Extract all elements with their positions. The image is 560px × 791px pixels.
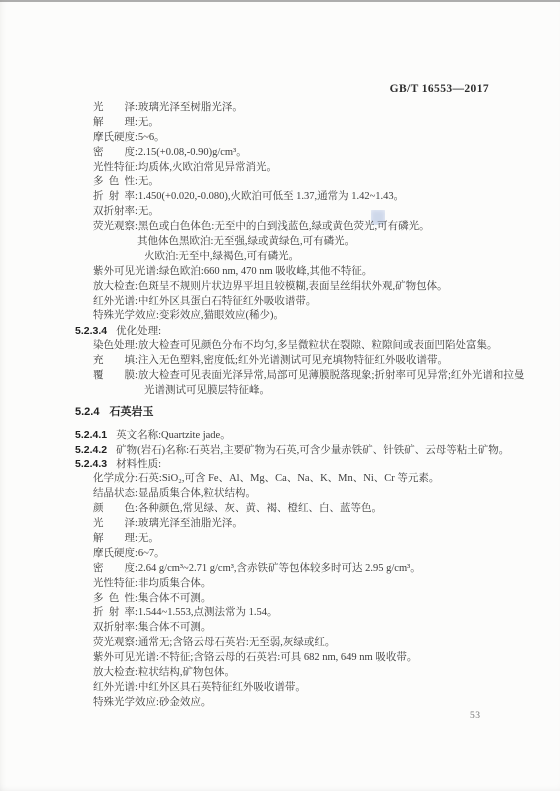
property-line: 密度:2.15(+0.08,-0.90)g/cm³。 [0,146,560,161]
property-text: :无。 [135,117,159,128]
property-line: 结晶状态:显晶质集合体,粒状结构。 [0,487,560,502]
document-body: 光泽:玻璃光泽至树脂光泽。解理:无。摩氏硬度:5~6。密度:2.15(+0.08… [0,101,560,711]
property-line: 光泽:玻璃光泽至树脂光泽。 [0,101,560,116]
property-text: :不特征;含铬云母的石英岩:可具 682 nm, 649 nm 吸收带。 [156,652,417,663]
property-line: 放大检查:色斑呈不规则片状边界平坦且较模糊,表面呈丝绢状外观,矿物包体。 [0,280,560,295]
property-label: 光泽 [93,101,135,116]
property-text: :1.450(+0.020,-0.080),火欧泊可低至 1.37,通常为 1.… [135,191,404,202]
property-text: :通常无;含铬云母石英岩:无至弱,灰绿或红。 [135,637,335,648]
property-text: :无。 [135,176,159,187]
property-text: :中红外区具蛋白石特征红外吸收谱带。 [135,296,316,307]
property-label: 化学成分 [93,472,135,487]
continuation-line: 其他体色黑欧泊:无至强,绿或黄绿色,可有磷光。 [0,235,560,250]
property-text: :注入无色塑料,密度低;红外光谱测试可见充填物特征红外吸收谱带。 [135,355,448,366]
property-label: 覆膜 [93,369,135,384]
continuation-line: 光谱测试可见膜层特征峰。 [0,384,560,399]
property-text: :2.64 g/cm³~2.71 g/cm³,含赤铁矿等包体较多时可达 2.95… [135,563,421,574]
property-label: 多色性 [93,175,135,190]
property-text: :砂金效应。 [156,697,211,708]
property-label: 折射率 [93,190,135,205]
property-label: 密度 [93,562,135,577]
property-label: 光泽 [93,517,135,532]
property-line: 解理:无。 [0,116,560,131]
property-text: :2.15(+0.08,-0.90)g/cm³。 [135,147,247,158]
clause-number: 5.2.4 [75,406,99,418]
property-line: 覆膜:放大检查可见表面光泽异常,局部可见薄膜脱落现象;折射率可见异常;红外光谱和… [0,369,560,384]
clause-line: 5.2.4.1英文名称:Quartzite jade。 [0,428,560,443]
clause-number: 5.2.4.3 [75,458,107,470]
property-line: 充填:注入无色塑料,密度低;红外光谱测试可见充填物特征红外吸收谱带。 [0,354,560,369]
property-line: 红外光谱:中红外区具石英特征红外吸收谱带。 [0,681,560,696]
section-heading: 5.2.4石英岩玉 [0,405,560,420]
page-number: 53 [470,711,481,721]
property-text: :6~7。 [135,548,165,559]
clause-line: 5.2.4.2矿物(岩石)名称:石英岩,主要矿物为石英,可含少量赤铁矿、针铁矿、… [0,443,560,458]
property-text: 光谱测试可见膜层特征峰。 [144,385,270,396]
property-line: 光泽:玻璃光泽至油脂光泽。 [0,517,560,532]
property-line: 解理:无。 [0,532,560,547]
property-label: 红外光谱 [93,681,135,696]
property-text: :无。 [135,533,159,544]
property-label: 紫外可见光谱 [93,652,156,663]
property-label: 解理 [93,116,135,131]
clause-line: 5.2.4.3材料性质: [0,457,560,472]
property-line: 双折射率:无。 [0,205,560,220]
property-text: :放大检查可见颜色分布不均匀,多呈微粒状在裂隙、粒隙间或表面凹陷处富集。 [135,340,498,351]
property-line: 光性特征:均质体,火欧泊常见异常消光。 [0,161,560,176]
property-line: 紫外可见光谱:不特征;含铬云母的石英岩:可具 682 nm, 649 nm 吸收… [0,651,560,666]
property-text: 优化处理: [116,326,161,337]
property-label: 光性特征 [93,577,135,592]
property-label: 染色处理 [93,339,135,354]
property-text: :玻璃光泽至油脂光泽。 [135,518,243,529]
property-text: :绿色欧泊:660 nm, 470 nm 吸收峰,其他不特征。 [156,266,372,277]
scanned-standard-page: GB/T 16553—2017 光泽:玻璃光泽至树脂光泽。解理:无。摩氏硬度:5… [0,0,560,791]
property-text: 材料性质: [116,459,161,470]
property-line: 荧光观察:黑色或白色体色:无至中的白到浅蓝色,绿或黄色荧光,可有磷光。 [0,220,560,235]
property-line: 多色性:集合体不可测。 [0,592,560,607]
clause-number: 5.2.3.4 [75,325,107,337]
property-label: 解理 [93,532,135,547]
property-text: :玻璃光泽至树脂光泽。 [135,102,243,113]
property-text: 其他体色黑欧泊:无至强,绿或黄绿色,可有磷光。 [137,236,355,247]
standard-number-header: GB/T 16553—2017 [390,83,489,95]
property-text: :集合体不可测。 [135,622,211,633]
property-text: :集合体不可测。 [135,593,211,604]
property-label: 放大检查 [93,666,135,681]
property-line: 化学成分:石英:SiO₂,可含 Fe、Al、Mg、Ca、Na、K、Mn、Ni、C… [0,472,560,487]
property-line: 特殊光学效应:变彩效应,猫眼效应(稀少)。 [0,309,560,324]
property-text: :变彩效应,猫眼效应(稀少)。 [156,310,284,321]
property-line: 染色处理:放大检查可见颜色分布不均匀,多呈微粒状在裂隙、粒隙间或表面凹陷处富集。 [0,339,560,354]
property-text: :均质体,火欧泊常见异常消光。 [135,162,277,173]
section-title: 石英岩玉 [109,406,153,418]
property-text: :非均质集合体。 [135,578,211,589]
property-text: :1.544~1.553,点测法常为 1.54。 [135,607,277,618]
property-label: 特殊光学效应 [93,310,156,321]
property-label: 放大检查 [93,280,135,295]
clause-number: 5.2.4.2 [75,444,107,456]
property-line: 折射率:1.450(+0.020,-0.080),火欧泊可低至 1.37,通常为… [0,190,560,205]
property-text: :黑色或白色体色:无至中的白到浅蓝色,绿或黄色荧光,可有磷光。 [135,221,430,232]
property-label: 多色性 [93,592,135,607]
property-text: :无。 [135,206,159,217]
property-text: :放大检查可见表面光泽异常,局部可见薄膜脱落现象;折射率可见异常;红外光谱和拉曼 [135,370,524,381]
property-label: 光性特征 [93,161,135,176]
property-text: :各种颜色,常见绿、灰、黄、褐、橙红、白、蓝等色。 [135,503,382,514]
clause-number: 5.2.4.1 [75,429,107,441]
property-label: 折射率 [93,606,135,621]
property-line: 双折射率:集合体不可测。 [0,621,560,636]
property-label: 红外光谱 [93,295,135,310]
property-label: 紫外可见光谱 [93,266,156,277]
clause-line: 5.2.3.4优化处理: [0,324,560,339]
property-text: 矿物(岩石)名称:石英岩,主要矿物为石英,可含少量赤铁矿、针铁矿、云母等粘土矿物… [116,445,509,456]
property-label: 摩氏硬度 [93,131,135,146]
property-text: :中红外区具石英特征红外吸收谱带。 [135,682,306,693]
property-line: 折射率:1.544~1.553,点测法常为 1.54。 [0,606,560,621]
property-label: 荧光观察 [93,636,135,651]
property-text: :石英:SiO₂,可含 Fe、Al、Mg、Ca、Na、K、Mn、Ni、Cr 等元… [135,473,439,484]
property-text: :色斑呈不规则片状边界平坦且较模糊,表面呈丝绢状外观,矿物包体。 [135,281,448,292]
property-label: 摩氏硬度 [93,547,135,562]
property-text: 英文名称:Quartzite jade。 [116,430,231,441]
property-line: 特殊光学效应:砂金效应。 [0,696,560,711]
property-line: 颜色:各种颜色,常见绿、灰、黄、褐、橙红、白、蓝等色。 [0,502,560,517]
property-line: 荧光观察:通常无;含铬云母石英岩:无至弱,灰绿或红。 [0,636,560,651]
property-label: 双折射率 [93,621,135,636]
property-text: :粒状结构,矿物包体。 [135,667,235,678]
property-label: 密度 [93,146,135,161]
property-label: 特殊光学效应 [93,697,156,708]
property-line: 摩氏硬度:6~7。 [0,547,560,562]
property-line: 摩氏硬度:5~6。 [0,131,560,146]
property-line: 紫外可见光谱:绿色欧泊:660 nm, 470 nm 吸收峰,其他不特征。 [0,265,560,280]
property-text: :5~6。 [135,132,165,143]
scan-edge-line [0,0,560,2]
property-text: :显晶质集合体,粒状结构。 [135,488,256,499]
continuation-line: 火欧泊:无至中,绿褐色,可有磷光。 [0,250,560,265]
property-line: 光性特征:非均质集合体。 [0,577,560,592]
property-line: 多色性:无。 [0,175,560,190]
property-label: 双折射率 [93,205,135,220]
property-text: 火欧泊:无至中,绿褐色,可有磷光。 [144,251,299,262]
property-label: 颜色 [93,502,135,517]
property-line: 红外光谱:中红外区具蛋白石特征红外吸收谱带。 [0,295,560,310]
property-label: 荧光观察 [93,220,135,235]
property-line: 放大检查:粒状结构,矿物包体。 [0,666,560,681]
property-label: 充填 [93,354,135,369]
property-label: 结晶状态 [93,487,135,502]
property-line: 密度:2.64 g/cm³~2.71 g/cm³,含赤铁矿等包体较多时可达 2.… [0,562,560,577]
